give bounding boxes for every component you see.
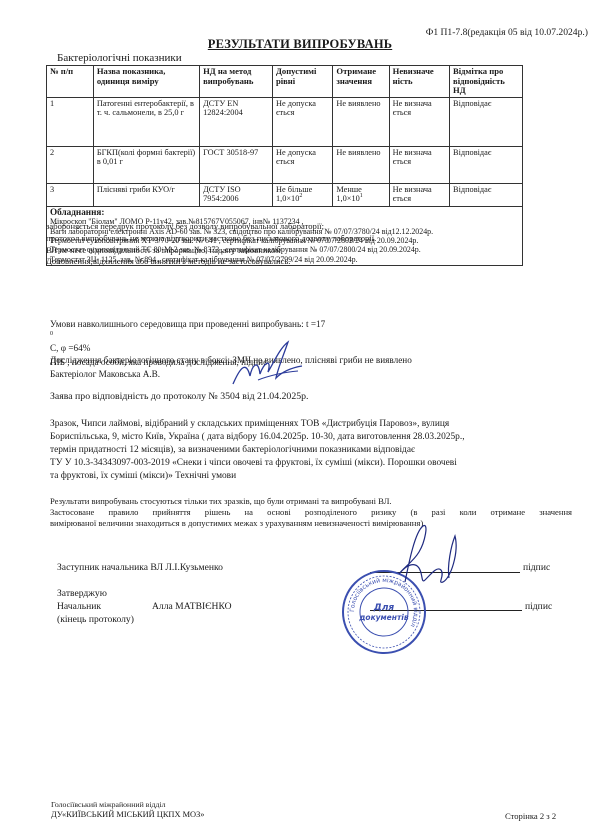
scope-line: Застосоване правило прийняття рішень на …: [50, 507, 572, 518]
column-header: Відмітка про відповідність НД: [450, 66, 523, 98]
allowed-exponent: 2: [299, 194, 302, 200]
cell-allowed: Не більше 1,0×102: [273, 183, 333, 206]
head-title: Начальник: [57, 601, 101, 612]
table-row: 3 Плісняві гриби КУО/г ДСТУ ISO 7954:200…: [47, 183, 523, 206]
degree-sign: 0: [50, 331, 53, 337]
cell-allowed: Не допуска ється: [273, 97, 333, 146]
performer-signature-icon: [228, 338, 308, 390]
scope-line: Результати випробувань стосуються тільки…: [50, 496, 572, 507]
stamp-center-line1: Для: [373, 603, 395, 613]
footer-organization: ДУ«КИЇВСЬКИЙ МІСЬКИЙ ЦКПХ МОЗ»: [51, 810, 205, 819]
cell-compliance: Відповідає: [450, 183, 523, 206]
table-row: 1 Патогенні ентеробактерії, в т. ч. саль…: [47, 97, 523, 146]
cell-result: Не виявлено: [333, 97, 389, 146]
cell-result: Менше 1,0×101: [333, 183, 389, 206]
note-line: забороняється передрук протоколу без доз…: [46, 221, 376, 233]
result-exponent: 1: [360, 194, 363, 200]
sample-description: Зразок, Чипси лаймові, відібраний у скла…: [50, 418, 570, 483]
scope-line: вимірюваної величини знаходиться в допус…: [50, 518, 572, 529]
cell-uncertainty: Не визнача ється: [389, 183, 449, 206]
cell-compliance: Відповідає: [450, 97, 523, 146]
note-line: протокол випробувань не можна відтворити…: [46, 233, 376, 245]
cell-result: Не виявлено: [333, 146, 389, 183]
sample-line: та фруктові, їх суміші (мікси)» Технічні…: [50, 470, 570, 483]
sample-line: термін придатності 12 місяців), за визна…: [50, 444, 570, 457]
column-header: Допустимі рівні: [273, 66, 333, 98]
table-header-row: № п/п Назва показника, одиниця виміру НД…: [47, 66, 523, 98]
cell-name: Патогенні ентеробактерії, в т. ч. сальмо…: [93, 97, 199, 146]
cell-uncertainty: Не визнача ється: [389, 146, 449, 183]
cell-num: 1: [47, 97, 94, 146]
note-line: Доповнення,відхилення або винятки з мето…: [46, 256, 376, 268]
approve-label: Затверджую: [57, 588, 107, 599]
env-prefix: Умови навколишнього середовища при прове…: [50, 318, 412, 330]
column-header: НД на метод випробувань: [200, 66, 273, 98]
cell-name: БГКП(колі формні бактерії) в 0,01 г: [93, 146, 199, 183]
section-subtitle: Бактеріологічні показники: [57, 52, 182, 64]
cell-name: Плісняві гриби КУО/г: [93, 183, 199, 206]
cell-num: 3: [47, 183, 94, 206]
end-of-protocol: (кінець протоколу): [57, 614, 134, 625]
note-line: ВЛ не несе відповідальності за інформаці…: [46, 245, 376, 257]
deputy-sign-label: підпис: [523, 562, 550, 573]
head-sign-label: підпис: [525, 601, 552, 612]
notes-block: забороняється передрук протоколу без доз…: [46, 221, 376, 268]
deputy-signature-icon: [385, 522, 465, 592]
page-title: РЕЗУЛЬТАТИ ВИПРОБУВАНЬ: [0, 37, 600, 52]
cell-method: ГОСТ 30518-97: [200, 146, 273, 183]
conformity-declaration: Заява про відповідність до протоколу № 3…: [50, 391, 308, 402]
table-row: 2 БГКП(колі формні бактерії) в 0,01 г ГО…: [47, 146, 523, 183]
cell-allowed: Не допуска ється: [273, 146, 333, 183]
head-name: Алла МАТВІЄНКО: [152, 601, 232, 612]
cell-compliance: Відповідає: [450, 146, 523, 183]
column-header: № п/п: [47, 66, 94, 98]
equipment-title: Обладнання:: [50, 208, 519, 217]
deputy-signatory: Заступник начальника ВЛ Л.І.Кузьменко: [57, 562, 223, 573]
cell-num: 2: [47, 146, 94, 183]
cell-method: ДСТУ EN 12824:2004: [200, 97, 273, 146]
cell-method: ДСТУ ISO 7954:2006: [200, 183, 273, 206]
column-header: Отримане значення: [333, 66, 389, 98]
page-number: Сторінка 2 з 2: [505, 811, 556, 821]
sample-line: Зразок, Чипси лаймові, відібраний у скла…: [50, 418, 570, 431]
column-header: Назва показника, одиниця виміру: [93, 66, 199, 98]
scope-block: Результати випробувань стосуються тільки…: [50, 496, 572, 529]
sample-line: ТУ У 10.3-34343097-003-2019 «Снеки і чіп…: [50, 457, 570, 470]
footer-department: Голосіївський міжрайонний відділ: [51, 800, 166, 809]
stamp-center-line2: документів: [358, 613, 409, 622]
allowed-value: Не більше 1,0×10: [276, 185, 312, 204]
column-header: Невизначе ність: [389, 66, 449, 98]
cell-uncertainty: Не визнача ється: [389, 97, 449, 146]
sample-line: Бориспільська, 9, місто Київ, Україна ( …: [50, 431, 570, 444]
result-value: Менше 1,0×10: [336, 185, 361, 204]
